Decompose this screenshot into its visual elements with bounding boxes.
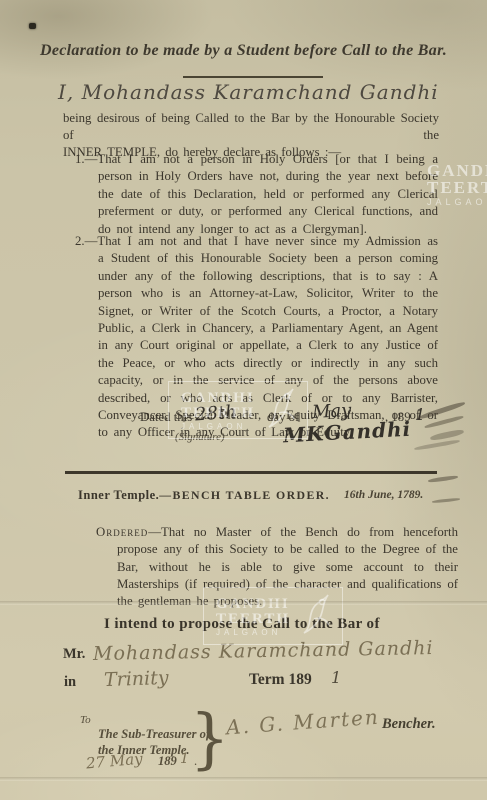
clause-1: 1.—That I am not a person in Holy Orders… [75,151,438,238]
bench-order-date: 16th June, 1789. [344,489,423,501]
term-label: Term 189 [249,671,312,689]
watermark-center-upper: GANDHI TEERTH JALGAON [168,381,308,439]
ink-smudge [432,498,460,504]
footer-year-printed: 189 [158,754,177,769]
watermark-text-gandhi: GANDHI [181,391,255,406]
watermark-text-teerth: TEERTH [427,179,487,196]
mr-label: Mr. [63,646,85,663]
footer-date-handwritten: 27 May [85,750,143,773]
watermark-text-jalgaon: JALGAON [427,198,487,207]
watermark-text-gandhi: GANDHI [427,162,487,179]
footer-year-handwritten: 1 [180,751,189,767]
in-label: in [64,674,76,691]
page-title: Declaration to be made by a Student befo… [0,42,487,60]
ink-spot [29,23,36,29]
watermark-text-jalgaon: JALGAON [181,423,255,431]
bencher-signature-handwritten: A. G. Marten [225,705,380,740]
clause-1-text: That I am not a person in Holy Orders [o… [97,152,438,236]
ink-smudge [428,475,458,483]
watermark-text-teerth: TEERTH [216,612,290,627]
inner-temple-label: Inner Temple. [78,488,159,502]
bencher-label: Bencher. [382,716,436,733]
watermark-logo-icon [263,387,297,434]
to-label: To [80,714,91,726]
title-rule [183,76,323,78]
paper-crease [0,601,487,605]
paper-crease [0,777,487,781]
bench-order-heading: Inner Temple.—BENCH TABLE ORDER. [78,488,330,503]
document-scan: Declaration to be made by a Student befo… [0,0,487,800]
declarant-name-handwritten: I, Mohandass Karamchand Gandhi [58,80,439,104]
address-brace: } [190,700,229,777]
section-divider [65,471,437,474]
ordered-label: Ordered [96,525,148,539]
clause-1-number: 1.— [75,152,97,166]
bench-table-order-label: —BENCH TABLE ORDER. [159,488,330,502]
term-handwritten: Trinity [104,667,169,691]
watermark-right: GANDHI TEERTH JALGAON [427,162,487,207]
watermark-text-jalgaon: JALGAON [216,629,290,637]
watermark-text-teerth: TEERTH [181,406,255,421]
term-year-handwritten: 1 [331,668,341,687]
intro-line-1: being desirous of being Called to the Ba… [63,110,439,144]
watermark-center-lower: GANDHI TEERTH JALGAON [203,587,343,645]
clause-2-number: 2.— [75,234,97,248]
